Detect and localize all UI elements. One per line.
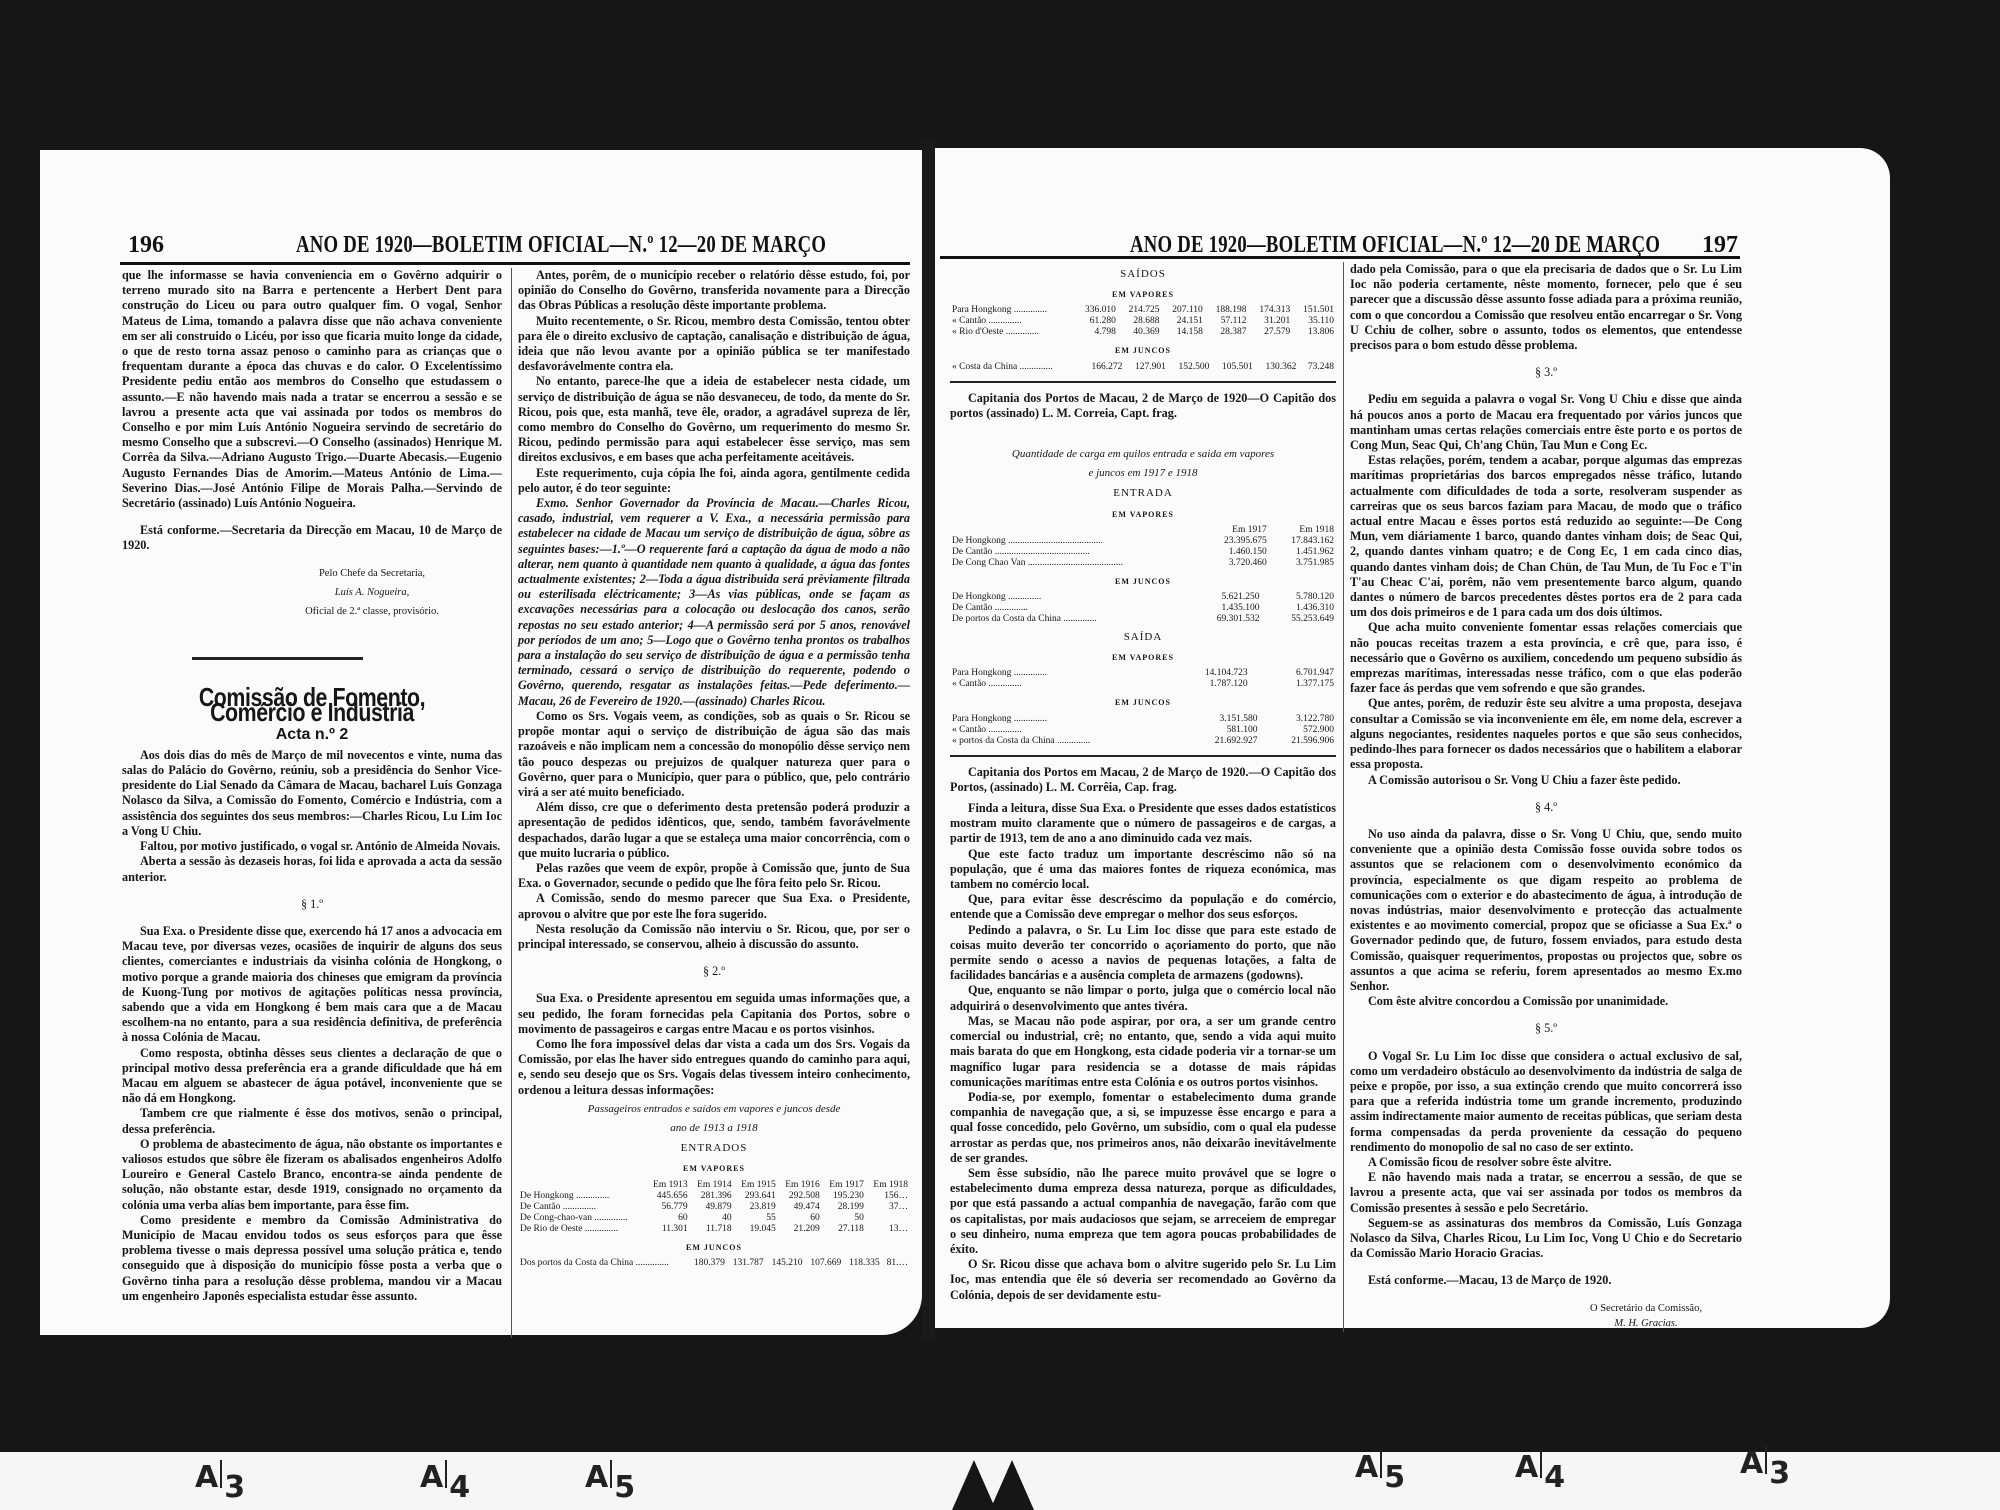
row-label: De Cantão ..............................… (950, 547, 1201, 558)
paragraph: E não havendo mais nada a tratar, se enc… (1350, 1170, 1742, 1216)
table-row: Para Hongkong ..............3.151.5803.1… (950, 714, 1336, 725)
cell-value: 1.787.120 (1154, 679, 1250, 690)
paragraph: Que antes, porêm, de reduzir êste seu al… (1350, 696, 1742, 772)
table-subheading: EM JUNCOS (950, 695, 1336, 710)
column-header: Em 1918 (866, 1180, 910, 1191)
table-row: « Cantão ..............1.787.1201.377.17… (950, 679, 1336, 690)
cell-value: 207.110 (1162, 305, 1205, 316)
cell-value: 572.900 (1259, 725, 1336, 736)
paragraph: A Comissão, sendo do mesmo parecer que S… (518, 891, 910, 921)
acta-heading: Acta n.º 2 (122, 727, 502, 742)
cell-value: 1.460.150 (1201, 547, 1268, 558)
table-row: « Costa da China ..............166.27212… (950, 362, 1336, 373)
cell-value: 188.198 (1205, 305, 1249, 316)
cell-value: 17.843.162 (1269, 536, 1336, 547)
header-rule-left (120, 262, 910, 265)
cell-value: 24.151 (1162, 316, 1205, 327)
table-subheading: EM VAPORES (518, 1161, 910, 1176)
cell-value (866, 1213, 910, 1224)
paragraph: No uso ainda da palavra, disse o Sr. Von… (1350, 827, 1742, 994)
cell-value: 5.621.250 (1187, 592, 1262, 603)
column-header: Em 1914 (690, 1180, 734, 1191)
signature-line: Pelo Chefe da Secretaria, (122, 566, 502, 581)
section-separator (192, 657, 363, 660)
row-label: De portos da Costa da China ............… (950, 614, 1187, 625)
running-head-right: ANO DE 1920—BOLETIM OFICIAL—N.º 12—20 DE… (1130, 232, 1660, 259)
table-heading: SAÍDA (950, 630, 1336, 645)
cell-value: 107.669 (804, 1258, 843, 1269)
cell-value: 40.369 (1118, 327, 1162, 338)
film-marker: A3 (195, 1460, 245, 1495)
paragraph: Aos dois dias do mês de Março de mil nov… (122, 748, 502, 839)
cell-value: 27.579 (1249, 327, 1293, 338)
section-marker: § 5.º (1350, 1021, 1742, 1036)
cell-value: 35.110 (1292, 316, 1336, 327)
cell-value: 1.435.100 (1187, 603, 1262, 614)
cell-value: 56.779 (646, 1202, 690, 1213)
cell-value: 28.199 (822, 1202, 866, 1213)
cell-value: 3.720.460 (1201, 558, 1268, 569)
paragraph: Pedindo a palavra, o Sr. Lu Lim Ioc diss… (950, 923, 1336, 984)
table-header-row: Em 1913Em 1914Em 1915Em 1916Em 1917Em 19… (518, 1180, 910, 1191)
paragraph: Tambem cre que rialmente é êsse dos moti… (122, 1106, 502, 1136)
paragraph: Faltou, por motivo justificado, o vogal … (122, 839, 502, 854)
cell-value: 81.… (882, 1258, 910, 1269)
cell-value: 49.474 (778, 1202, 822, 1213)
row-label: De Rio de Oeste .............. (518, 1224, 646, 1235)
paragraph: Além disso, cre que o deferimento desta … (518, 800, 910, 861)
table-heading: SAÍDOS (950, 267, 1336, 282)
book-gutter (922, 140, 935, 1340)
paragraph: Este requerimento, cuja cópia lhe foi, a… (518, 466, 910, 496)
table-row: « Cantão ..............61.28028.68824.15… (950, 316, 1336, 327)
cell-value: 49.879 (690, 1202, 734, 1213)
table-row: De Hongkong ..............5.621.2505.780… (950, 592, 1336, 603)
cell-value: 5.780.120 (1261, 592, 1336, 603)
cell-value: 180.379 (688, 1258, 727, 1269)
cell-value: 3.751.985 (1269, 558, 1336, 569)
paragraph: Que, para evitar êsse descréscimo da pop… (950, 892, 1336, 922)
paragraph: Capitania dos Portos em Macau, 2 de Març… (950, 765, 1336, 795)
cell-value: 55.253.649 (1261, 614, 1336, 625)
page-number-right: 197 (1702, 232, 1738, 259)
paragraph: Estas relações, porém, tendem a acabar, … (1350, 453, 1742, 620)
paragraph: Pediu em seguida a palavra o vogal Sr. V… (1350, 392, 1742, 453)
column-header: Em 1917 (822, 1180, 866, 1191)
paragraph: Que acha muito conveniente fomentar essa… (1350, 620, 1742, 696)
cell-value: 23.395.675 (1201, 536, 1268, 547)
cell-value: 151.501 (1292, 305, 1336, 316)
cell-value: 195.230 (822, 1191, 866, 1202)
petition-text: Exmo. Senhor Governador da Província de … (518, 496, 910, 709)
table-subheading: EM JUNCOS (950, 343, 1336, 358)
table-subheading: EM VAPORES (950, 650, 1336, 665)
film-marker: A3 (1740, 1446, 1790, 1481)
passenger-table-saidos-juncos: « Costa da China ..............166.27212… (950, 362, 1336, 373)
cell-value: 40 (690, 1213, 734, 1224)
table-caption: Quantidade de carga em quilos entrada e … (950, 447, 1336, 462)
paragraph: Que, enquanto se não limpar o porto, jul… (950, 983, 1336, 1013)
paragraph: No entanto, parece-lhe que a ideia de es… (518, 374, 910, 465)
paragraph: Como resposta, obtinha dêsses seus clien… (122, 1046, 502, 1107)
paragraph: Sua Exa. o Presidente disse que, exercen… (122, 924, 502, 1046)
film-marker: A5 (1355, 1450, 1405, 1485)
cell-value: 57.112 (1205, 316, 1249, 327)
table-caption: Passageiros entrados e saídos em vapores… (518, 1102, 910, 1117)
row-label: Para Hongkong .............. (950, 305, 1074, 316)
paragraph: Sem êsse subsídio, não lhe parece muito … (950, 1166, 1336, 1257)
cell-value: 27.118 (822, 1224, 866, 1235)
row-label: « Costa da China .............. (950, 362, 1081, 373)
paragraph: Antes, porêm, de o município receber o r… (518, 268, 910, 314)
cell-value: 28.688 (1118, 316, 1162, 327)
cell-value: 292.508 (778, 1191, 822, 1202)
table-row: De Hongkong ............................… (950, 536, 1336, 547)
row-label: « Cantão .............. (950, 725, 1183, 736)
table-row: « Rio d'Oeste ..............4.79840.3691… (950, 327, 1336, 338)
cell-value: 60 (646, 1213, 690, 1224)
table-subheading: EM VAPORES (950, 507, 1336, 522)
table-row: De portos da Costa da China ............… (950, 614, 1336, 625)
film-marker: A4 (420, 1460, 470, 1495)
paragraph: Podia-se, por exemplo, fomentar o estabe… (950, 1090, 1336, 1166)
cell-value: 281.396 (690, 1191, 734, 1202)
paragraph: O Sr. Ricou disse que achava bom o alvit… (950, 1257, 1336, 1303)
cell-value: 11.718 (690, 1224, 734, 1235)
row-label: « Rio d'Oeste .............. (950, 327, 1074, 338)
cell-value: 145.210 (766, 1258, 805, 1269)
cell-value: 131.787 (727, 1258, 766, 1269)
paragraph: Com êste alvitre concordou a Comissão po… (1350, 994, 1742, 1009)
cell-value: 118.335 (843, 1258, 881, 1269)
cell-value: 13.806 (1292, 327, 1336, 338)
cargo-table-saida-juncos: Para Hongkong ..............3.151.5803.1… (950, 714, 1336, 747)
cell-value: 61.280 (1074, 316, 1118, 327)
paragraph: Capitania dos Portos de Macau, 2 de Març… (950, 391, 1336, 421)
cell-value: 60 (778, 1213, 822, 1224)
paragraph: O Vogal Sr. Lu Lim Ioc disse que conside… (1350, 1049, 1742, 1155)
section-marker: § 2.º (518, 964, 910, 979)
signature-line: O Secretário da Comissão, (1350, 1301, 1742, 1316)
cell-value: 21.692.927 (1183, 736, 1260, 747)
table-rule (950, 755, 1336, 757)
table-row: « Cantão ..............581.100572.900 (950, 725, 1336, 736)
table-row: De Cantão ..............1.435.1001.436.3… (950, 603, 1336, 614)
paragraph: A Comissão autorisou o Sr. Vong U Chiu a… (1350, 773, 1742, 788)
cell-value: 1.436.310 (1261, 603, 1336, 614)
film-marker: A4 (1515, 1450, 1565, 1485)
cell-value: 6.701.947 (1250, 668, 1336, 679)
row-label: De Cong Chao Van .......................… (950, 558, 1201, 569)
film-notch-right (990, 1460, 1034, 1510)
row-label: De Hongkong ............................… (950, 536, 1201, 547)
table-row: De Cong Chao Van .......................… (950, 558, 1336, 569)
cell-value: 23.819 (734, 1202, 778, 1213)
paragraph: Como os Srs. Vogais veem, as condições, … (518, 709, 910, 800)
paragraph: Nesta resolução da Comissão não interviu… (518, 922, 910, 952)
cell-value: 130.362 (1255, 362, 1299, 373)
cell-value: 581.100 (1183, 725, 1260, 736)
table-row: De Cantão ..............56.77949.87923.8… (518, 1202, 910, 1213)
cell-value: 73.248 (1298, 362, 1336, 373)
table-subheading: EM JUNCOS (518, 1240, 910, 1255)
cell-value: 336.010 (1074, 305, 1118, 316)
left-col-2: Antes, porêm, de o município receber o r… (518, 268, 910, 1269)
page-number-left: 196 (128, 232, 164, 259)
cell-value: 105.501 (1211, 362, 1255, 373)
cell-value: 127.901 (1124, 362, 1168, 373)
cell-value: 1.377.175 (1250, 679, 1336, 690)
section-marker: § 4.º (1350, 800, 1742, 815)
column-divider-left (511, 268, 512, 1338)
row-label: Para Hongkong .............. (950, 668, 1154, 679)
column-header: Em 1918 (1269, 525, 1336, 536)
table-subheading: EM JUNCOS (950, 574, 1336, 589)
row-label: De Cantão .............. (518, 1202, 646, 1213)
header-rule-right (940, 256, 1740, 259)
cell-value: 69.301.532 (1187, 614, 1262, 625)
cargo-table-entrada-juncos: De Hongkong ..............5.621.2505.780… (950, 592, 1336, 625)
cell-value: 445.656 (646, 1191, 690, 1202)
row-label: « portos da Costa da China .............… (950, 736, 1183, 747)
paragraph: Aberta a sessão às dezaseis horas, foi l… (122, 854, 502, 884)
paragraph: Seguem-se as assinaturas dos membros da … (1350, 1216, 1742, 1262)
paragraph: Como presidente e membro da Comissão Adm… (122, 1213, 502, 1304)
row-label: De Hongkong .............. (518, 1191, 646, 1202)
table-heading: ENTRADA (950, 486, 1336, 501)
table-row: Dos portos da Costa da China ...........… (518, 1258, 910, 1269)
table-row: De Rio de Oeste ..............11.30111.7… (518, 1224, 910, 1235)
cell-value: 293.641 (734, 1191, 778, 1202)
table-row: Para Hongkong ..............336.010214.7… (950, 305, 1336, 316)
row-label: De Cong-chao-van .............. (518, 1213, 646, 1224)
row-label: Dos portos da Costa da China ...........… (518, 1258, 688, 1269)
cell-value: 166.272 (1081, 362, 1125, 373)
signature-title: Oficial de 2.ª classe, provisório. (122, 604, 502, 619)
cell-value: 50 (822, 1213, 866, 1224)
paragraph: dado pela Comissão, para o que ela preci… (1350, 262, 1742, 353)
table-row: De Hongkong ..............445.656281.396… (518, 1191, 910, 1202)
paragraph: Que este facto traduz um importante desc… (950, 847, 1336, 893)
table-subheading: EM VAPORES (950, 287, 1336, 302)
cell-value: 3.151.580 (1183, 714, 1260, 725)
cell-value: 19.045 (734, 1224, 778, 1235)
section-marker: § 1.º (122, 897, 502, 912)
cell-value: 152.500 (1168, 362, 1212, 373)
cell-value: 11.301 (646, 1224, 690, 1235)
cell-value: 1.451.962 (1269, 547, 1336, 558)
cell-value: 21.209 (778, 1224, 822, 1235)
cell-value: 37… (866, 1202, 910, 1213)
cell-value: 214.725 (1118, 305, 1162, 316)
cell-value: 156… (866, 1191, 910, 1202)
table-row: De Cong-chao-van ..............604055605… (518, 1213, 910, 1224)
row-label: « Cantão .............. (950, 316, 1074, 327)
table-caption: e juncos em 1917 e 1918 (950, 466, 1336, 481)
column-divider-right (1343, 262, 1344, 1332)
cell-value: 14.104.723 (1154, 668, 1250, 679)
paragraph: A Comissão ficou de resolver sobre êste … (1350, 1155, 1742, 1170)
table-row: Para Hongkong ..............14.104.7236.… (950, 668, 1336, 679)
passenger-table-juncos: Dos portos da Costa da China ...........… (518, 1258, 910, 1269)
signature-name: M. H. Gracias. (1350, 1316, 1742, 1331)
row-label: De Cantão .............. (950, 603, 1187, 614)
table-caption: ano de 1913 a 1918 (518, 1121, 910, 1136)
signature-name: Luís A. Nogueira, (122, 585, 502, 600)
right-col-1: SAÍDOS EM VAPORES Para Hongkong ........… (950, 262, 1336, 1303)
table-heading: ENTRADOS (518, 1141, 910, 1156)
cell-value: 174.313 (1249, 305, 1293, 316)
passenger-table-entrados: Em 1913Em 1914Em 1915Em 1916Em 1917Em 19… (518, 1180, 910, 1235)
column-header: Em 1917 (1201, 525, 1268, 536)
table-header-row: Em 1917Em 1918 (950, 525, 1336, 536)
table-row: « portos da Costa da China .............… (950, 736, 1336, 747)
section-marker: § 3.º (1350, 365, 1742, 380)
paragraph: Muito recentemente, o Sr. Ricou, membro … (518, 314, 910, 375)
paragraph: Como lhe fora impossível delas dar vista… (518, 1037, 910, 1098)
cell-value: 55 (734, 1213, 778, 1224)
cell-value: 13… (866, 1224, 910, 1235)
cell-value: 31.201 (1249, 316, 1293, 327)
cargo-table-entrada-vapores: Em 1917Em 1918De Hongkong ..............… (950, 525, 1336, 569)
paragraph: O problema de abastecimento de água, não… (122, 1137, 502, 1213)
cell-value: 3.122.780 (1259, 714, 1336, 725)
running-head-left: ANO DE 1920—BOLETIM OFICIAL—N.º 12—20 DE… (296, 232, 826, 259)
film-marker: A5 (585, 1460, 635, 1495)
column-header: Em 1913 (646, 1180, 690, 1191)
left-col-1: que lhe informasse se havia conveniencia… (122, 268, 502, 1304)
paragraph: Pelas razões que veem de expôr, propõe à… (518, 861, 910, 891)
cell-value: 28.387 (1205, 327, 1249, 338)
row-label: De Hongkong .............. (950, 592, 1187, 603)
paragraph: que lhe informasse se havia conveniencia… (122, 268, 502, 511)
cargo-table-saida-vapores: Para Hongkong ..............14.104.7236.… (950, 668, 1336, 690)
cell-value: 14.158 (1162, 327, 1205, 338)
section-title: Comissão de Fomento, Comércio e Industri… (156, 690, 468, 720)
table-row: De Cantão ..............................… (950, 547, 1336, 558)
paragraph: Está conforme.—Macau, 13 de Março de 192… (1350, 1273, 1742, 1288)
cell-value: 4.798 (1074, 327, 1118, 338)
paragraph: Mas, se Macau não pode aspirar, por ora,… (950, 1014, 1336, 1090)
cell-value: 21.596.906 (1259, 736, 1336, 747)
column-header: Em 1915 (734, 1180, 778, 1191)
paragraph: Finda a leitura, disse Sua Exa. o Presid… (950, 801, 1336, 847)
right-col-2: dado pela Comissão, para o que ela preci… (1350, 262, 1742, 1331)
paragraph: Está conforme.—Secretaria da Direcção em… (122, 523, 502, 553)
row-label: Para Hongkong .............. (950, 714, 1183, 725)
passenger-table-saidos: Para Hongkong ..............336.010214.7… (950, 305, 1336, 338)
column-header: Em 1916 (778, 1180, 822, 1191)
paragraph: Sua Exa. o Presidente apresentou em segu… (518, 991, 910, 1037)
table-rule (950, 381, 1336, 383)
row-label: « Cantão .............. (950, 679, 1154, 690)
